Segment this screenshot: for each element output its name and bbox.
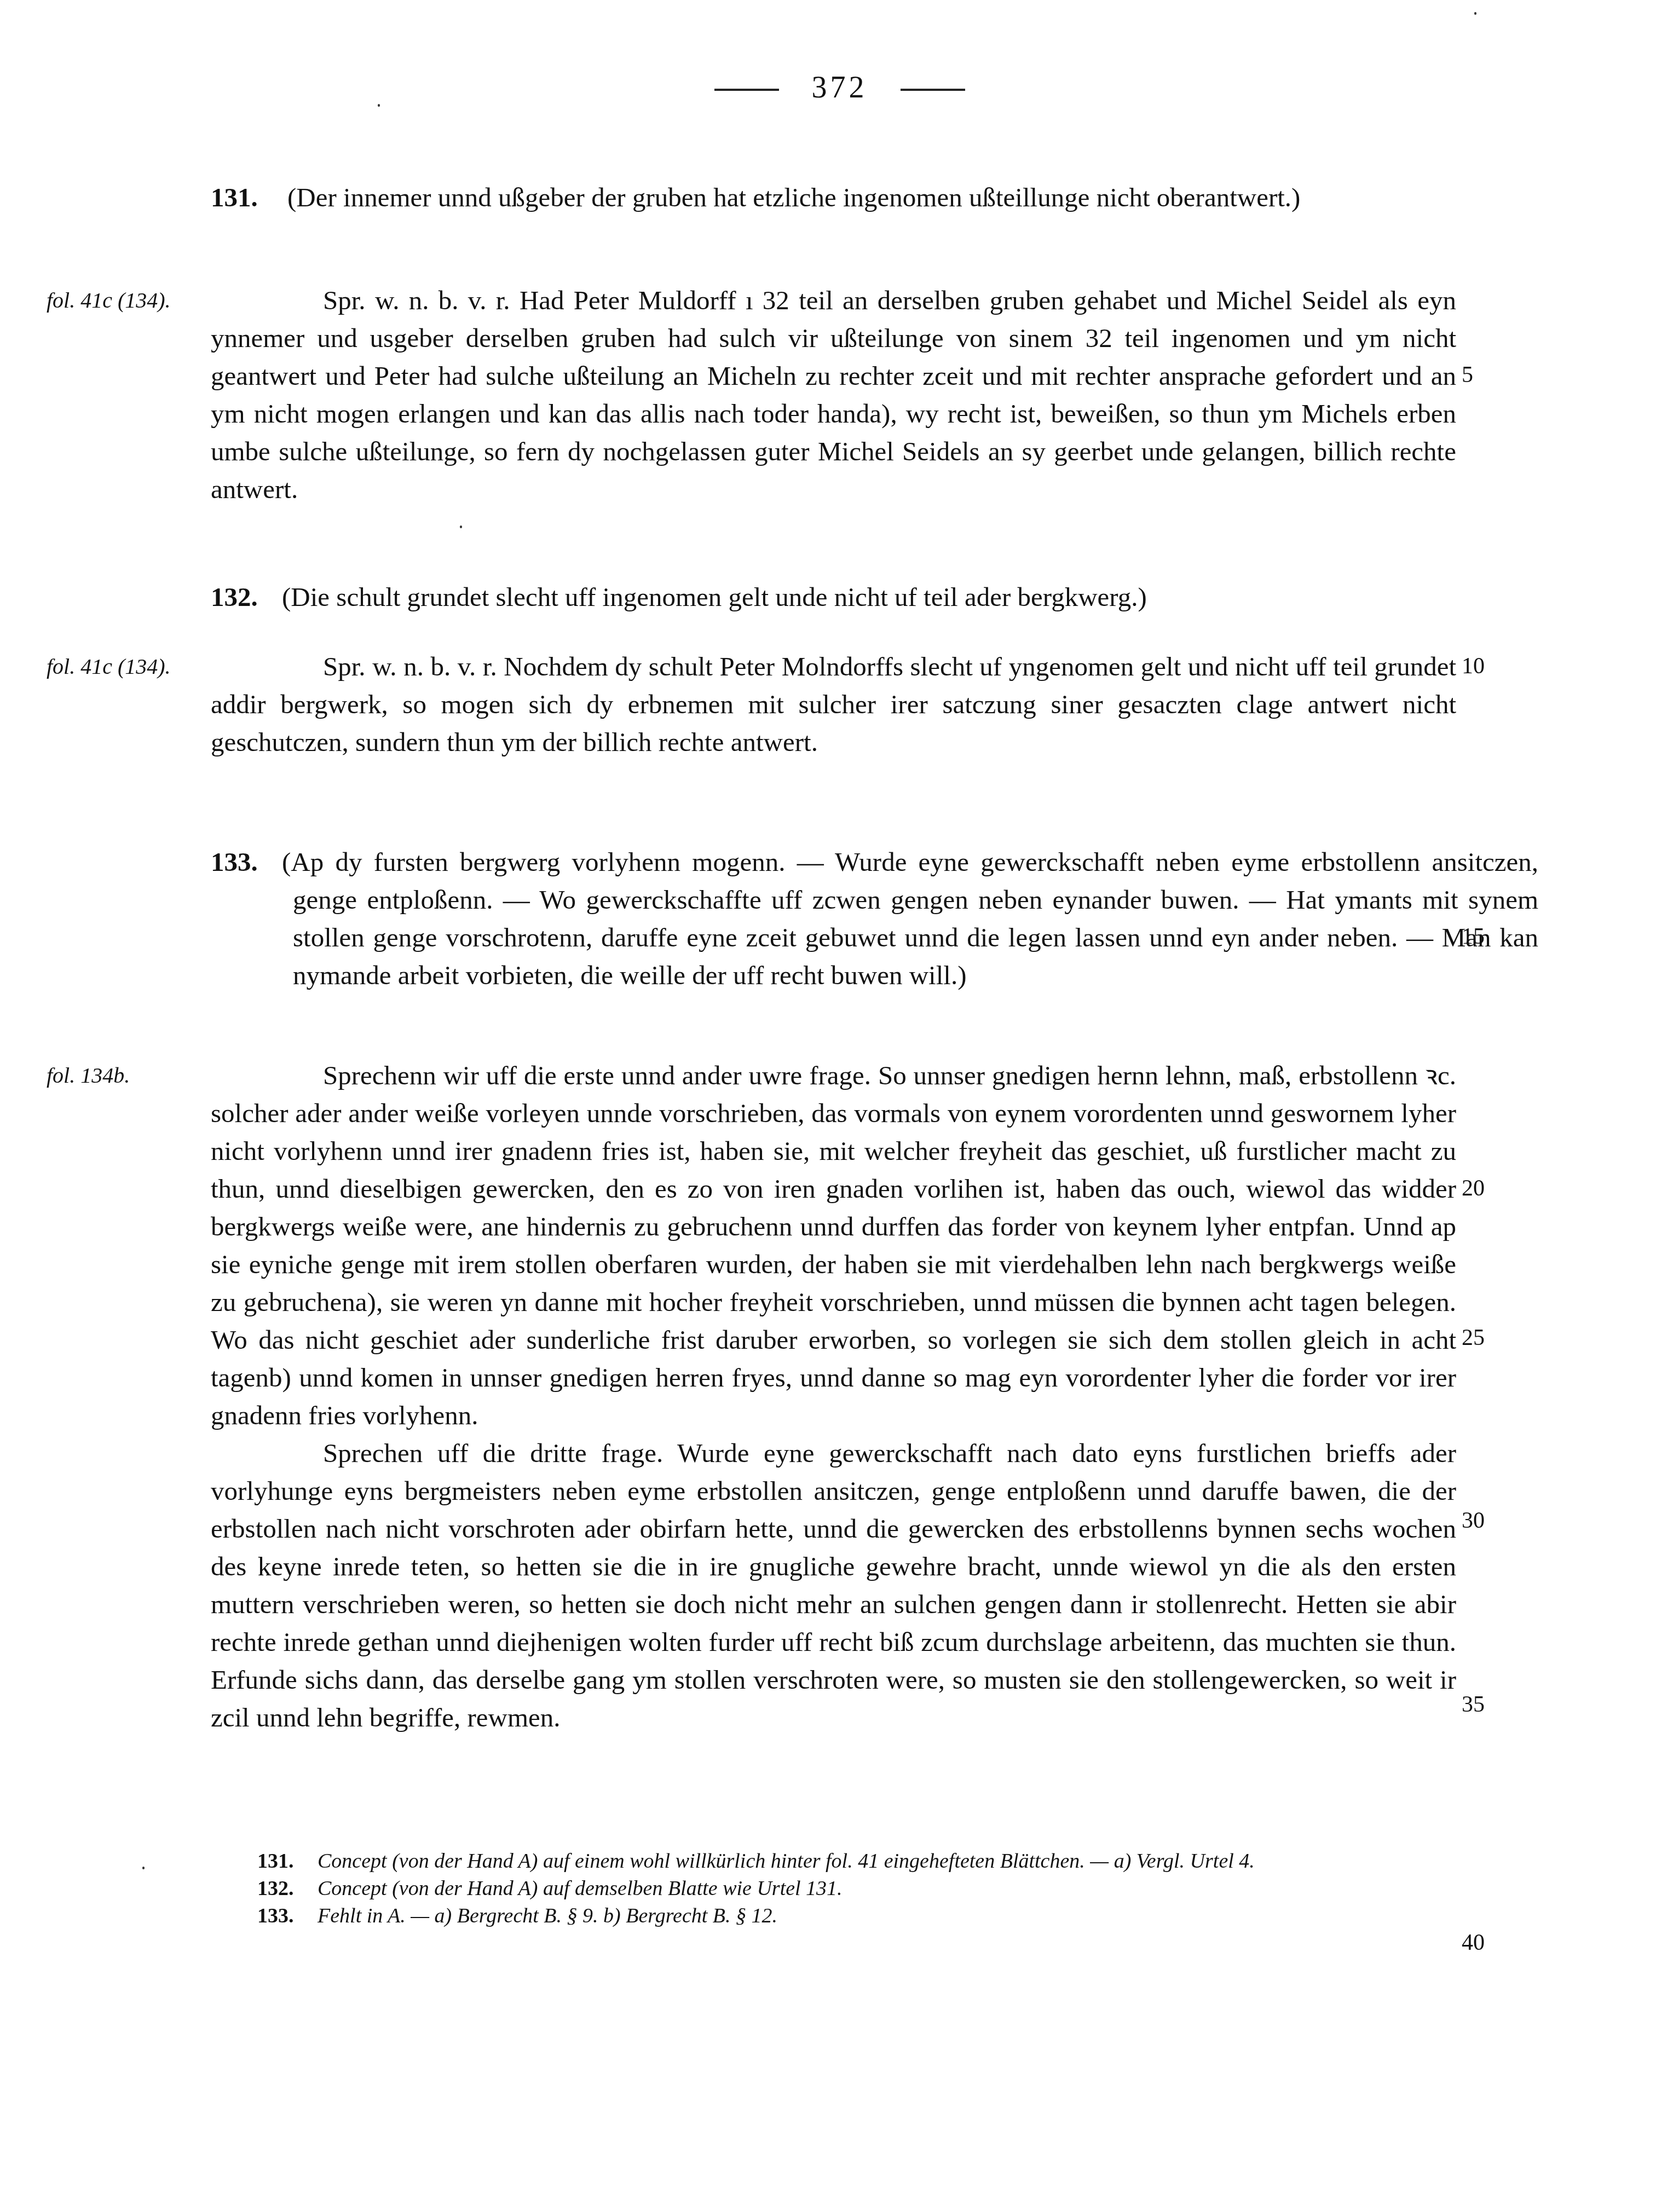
footnote-number: 131. [257, 1847, 318, 1875]
footnote: 132.Concept (von der Hand A) auf demselb… [257, 1875, 1462, 1902]
folio-margin-note: fol. 134b. [47, 1056, 211, 1094]
footnote-text: Concept (von der Hand A) auf einem wohl … [318, 1850, 1255, 1873]
paragraph: Sprechen uff die dritte frage. Wurde eyn… [211, 1434, 1456, 1736]
section-132-heading: 132.(Die schult grundet slecht uff ingen… [211, 578, 1538, 616]
line-number: 30 [1462, 1502, 1485, 1540]
scan-speck [142, 1867, 145, 1869]
section-heading-text: (Ap dy fursten bergwerg vorlyhenn mogenn… [282, 847, 1538, 990]
scan-speck [460, 525, 462, 528]
line-number: 40 [1462, 1924, 1485, 1962]
line-number: 25 [1462, 1319, 1485, 1357]
scan-speck [1474, 12, 1476, 15]
paragraph: Spr. w. n. b. v. r. Had Peter Muldorff ı… [211, 281, 1456, 508]
section-heading-text: (Der innemer unnd ußgeber der gruben hat… [287, 182, 1300, 212]
footnote-text: Concept (von der Hand A) auf demselben B… [318, 1877, 843, 1900]
line-number: 10 [1462, 648, 1485, 685]
footnote-number: 132. [257, 1875, 318, 1902]
header-rule-right [901, 89, 965, 91]
paragraph: Spr. w. n. b. v. r. Nochdem dy schult Pe… [211, 648, 1456, 761]
footnote: 133.Fehlt in A. — a) Bergrecht B. § 9. b… [257, 1902, 1462, 1930]
folio-margin-note: fol. 41c (134). [47, 648, 211, 685]
line-number: 35 [1462, 1686, 1485, 1724]
footnote-number: 133. [257, 1902, 318, 1930]
section-heading-text: (Die schult grundet slecht uff ingenomen… [282, 582, 1147, 612]
page-number: 372 [812, 70, 868, 105]
section-number: 133. [211, 843, 282, 881]
section-number: 131. [211, 178, 287, 216]
section-131-body: Spr. w. n. b. v. r. Had Peter Muldorff ı… [211, 281, 1456, 508]
paragraph: Sprechenn wir uff die erste unnd ander u… [211, 1056, 1456, 1434]
footnote-text: Fehlt in A. — a) Bergrecht B. § 9. b) Be… [318, 1904, 777, 1927]
line-number: 5 [1462, 356, 1473, 394]
page-header: 372 [0, 70, 1679, 105]
footnotes: 131.Concept (von der Hand A) auf einem w… [257, 1847, 1462, 1930]
section-number: 132. [211, 578, 282, 616]
section-133-body: Sprechenn wir uff die erste unnd ander u… [211, 1056, 1456, 1736]
section-133-heading: 133.(Ap dy fursten bergwerg vorlyhenn mo… [211, 843, 1538, 994]
footnote: 131.Concept (von der Hand A) auf einem w… [257, 1847, 1462, 1875]
line-number: 20 [1462, 1170, 1485, 1208]
section-131-heading: 131.(Der innemer unnd ußgeber der gruben… [211, 178, 1538, 216]
line-number: 15 [1462, 918, 1485, 956]
folio-margin-note: fol. 41c (134). [47, 281, 211, 319]
scan-speck [378, 104, 380, 107]
section-132-body: Spr. w. n. b. v. r. Nochdem dy schult Pe… [211, 648, 1456, 761]
header-rule-left [714, 89, 779, 91]
